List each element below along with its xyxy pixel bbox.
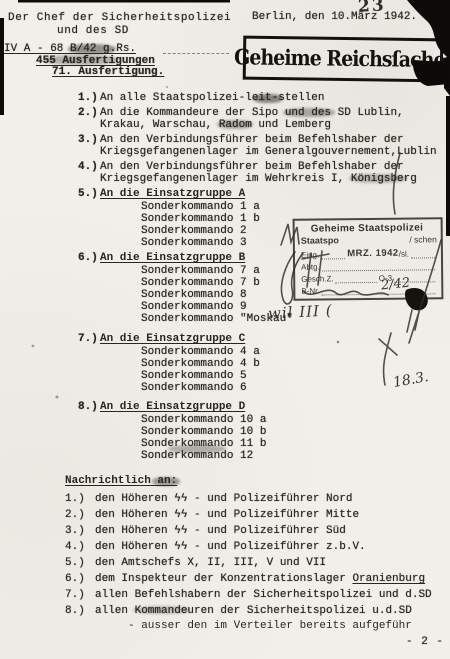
item-body: den Höheren ϟϟ - und Polizeiführer z.b.V… <box>95 539 366 555</box>
item-line: allen Befehlshabern der Sicherheitspoliz… <box>95 587 432 603</box>
stamp-abtg-row: Abtg. <box>301 261 437 271</box>
item-number: 4.) <box>65 539 95 555</box>
item-body: den Höheren ϟϟ - und Polizeiführer Mitte <box>95 507 359 523</box>
classification-stamp: Geheime Reichsſache! <box>243 36 444 83</box>
distribution-item: 3.)An den Verbindungsführer beim Befehls… <box>78 134 444 158</box>
item-line: den Höheren ϟϟ - und Polizeiführer z.b.V… <box>95 539 366 555</box>
item-heading: An die Einsatzgruppe B <box>100 252 293 264</box>
speck <box>32 345 35 348</box>
item-number: 5.) <box>78 188 100 249</box>
item-line: dem Inspekteur der Konzentrationslager O… <box>95 571 425 587</box>
distribution-item: 8.)An die Einsatzgruppe DSonderkommando … <box>78 401 444 462</box>
item-number: 2.) <box>65 507 95 523</box>
ink-smudge <box>152 477 180 486</box>
scan-edge-right <box>446 96 450 236</box>
sub-item: Sonderkommando 7 a <box>141 265 293 277</box>
item-number: 4.) <box>78 161 100 185</box>
stamp-gesch-label: Gesch.Z. <box>301 274 334 283</box>
ink-smudge <box>168 445 226 453</box>
item-body: den Amtschefs X, II, III, V und VII <box>95 555 326 571</box>
info-copies-section: Nachrichtlich an: 1.)den Höheren ϟϟ - un… <box>65 474 447 633</box>
sub-item: Sonderkommando 2 <box>141 225 260 237</box>
ink-smudge <box>44 55 118 65</box>
item-number: 8.) <box>65 603 95 633</box>
stamp-office-line: Staatspo / schen <box>301 234 437 245</box>
stamp-eing-date: MRZ. 1942 <box>347 248 399 260</box>
sub-item: Sonderkommando 1 a <box>141 201 260 213</box>
item-line: An den Verbindungsführer beim Befehlshab… <box>100 161 417 173</box>
item-body: An den Verbindungsführer beim Befehlshab… <box>100 134 437 158</box>
info-item: 2.)den Höheren ϟϟ - und Polizeiführer Mi… <box>65 507 447 523</box>
distribution-item: 7.)An die Einsatzgruppe CSonderkommando … <box>78 333 444 394</box>
info-item: 5.)den Amtschefs X, II, III, V und VII <box>65 555 447 571</box>
dotted-leader <box>322 262 435 271</box>
item-body: An die Kommandeure der Sipo und des SD L… <box>100 107 404 131</box>
scan-edge-left <box>0 18 4 115</box>
stamp-bnr-label: B-Nr. <box>301 287 319 296</box>
ink-smudge <box>253 94 283 103</box>
item-body: An die Einsatzgruppe DSonderkommando 10 … <box>100 401 266 462</box>
sub-item: Sonderkommando 7 b <box>141 277 293 289</box>
info-item: 6.)dem Inspekteur der Konzentrationslage… <box>65 571 447 587</box>
sub-item: Sonderkommando 4 a <box>141 346 260 358</box>
item-number: 8.) <box>78 401 100 462</box>
dotted-leader <box>411 250 435 258</box>
item-body: An die Einsatzgruppe BSonderkommando 7 a… <box>100 252 293 325</box>
item-number: 3.) <box>65 523 95 539</box>
sub-item: Sonderkommando 4 b <box>141 358 260 370</box>
ink-smudge <box>68 44 116 54</box>
sub-list: Sonderkommando 4 aSonderkommando 4 bSond… <box>141 346 260 394</box>
item-body: dem Inspekteur der Konzentrationslager O… <box>95 571 425 587</box>
document-page: Der Chef der Sicherheitspolizei und des … <box>0 0 450 659</box>
copy-number: 71. Ausfertigung. <box>52 66 164 78</box>
sub-list: Sonderkommando 10 aSonderkommando 10 bSo… <box>141 414 266 462</box>
underlined-word: Oranienburg <box>352 573 425 585</box>
sender-line-2: und des SD <box>57 25 129 37</box>
item-line: den Höheren ϟϟ - und Polizeiführer Mitte <box>95 507 359 523</box>
sub-item: Sonderkommando 3 <box>141 237 260 249</box>
item-number: 2.) <box>78 107 100 131</box>
dotted-leader <box>321 251 345 259</box>
sender-line-1: Der Chef der Sicherheitspolizei <box>8 12 231 24</box>
distribution-item: 2.)An die Kommandeure der Sipo und des S… <box>78 107 444 131</box>
item-body: An alle Staatspolizei-leit-stellen <box>100 92 324 104</box>
item-number: 7.) <box>78 333 100 394</box>
info-item: 8.)allen Kommandeuren der Sicherheitspol… <box>65 603 447 633</box>
item-line: Kriegsgefangenenlager im Generalgouverne… <box>100 146 437 158</box>
stamp-gesch-row: Gesch.Z. O-3 <box>301 273 437 283</box>
stamp-title: Geheime Staatspolizei <box>311 222 437 234</box>
stamp-bnr-row: B-Nr. <box>301 285 437 295</box>
item-line: An alle Staatspolizei-leit-stellen <box>100 92 324 104</box>
item-heading: An die Einsatzgruppe A <box>100 188 260 200</box>
item-line: den Höheren ϟϟ - und Polizeiführer Süd <box>95 523 346 539</box>
receipt-stamp: Geheime Staatspolizei Staatspo / schen E… <box>293 217 444 301</box>
item-body: An die Einsatzgruppe ASonderkommando 1 a… <box>100 188 260 249</box>
info-item: 7.)allen Befehlshabern der Sicherheitspo… <box>65 587 447 603</box>
ink-smudge <box>217 120 253 129</box>
stamp-abtg-label: Abtg. <box>301 263 320 272</box>
item-number: 5.) <box>65 555 95 571</box>
item-line: An die Kommandeure der Sipo und des SD L… <box>100 107 404 119</box>
stamp-eing-right: /sl. <box>399 250 409 259</box>
info-heading: Nachrichtlich an: <box>65 474 447 488</box>
sub-item: Sonderkommando 10 b <box>141 426 266 438</box>
stamp-office-right: / schen <box>409 234 437 244</box>
item-heading: An die Einsatzgruppe D <box>100 401 266 413</box>
info-item: 4.)den Höheren ϟϟ - und Polizeiführer z.… <box>65 539 447 555</box>
item-body: den Höheren ϟϟ - und Polizeiführer Nord <box>95 491 352 507</box>
speck <box>166 86 168 88</box>
sub-item: Sonderkommando 8 <box>141 289 293 301</box>
speck <box>56 396 59 399</box>
sub-item: Sonderkommando 6 <box>141 382 260 394</box>
item-number: 1.) <box>78 92 100 104</box>
info-item: 1.)den Höheren ϟϟ - und Polizeiführer No… <box>65 491 447 507</box>
item-continuation: - ausser den im Verteiler bereits aufgef… <box>128 619 412 633</box>
item-number: 6.) <box>78 252 100 325</box>
stamp-eing-row: Eing. MRZ. 1942 /sl. <box>301 247 437 259</box>
sub-item: Sonderkommando 10 a <box>141 414 266 426</box>
item-body: An die Einsatzgruppe CSonderkommando 4 a… <box>100 333 260 394</box>
ink-smudge <box>133 606 191 614</box>
dotted-leader <box>336 275 377 283</box>
info-items: 1.)den Höheren ϟϟ - und Polizeiführer No… <box>65 491 447 633</box>
item-number: 1.) <box>65 491 95 507</box>
scan-edge-top <box>18 0 230 3</box>
date-line: Berlin, den 10.März 1942. <box>252 11 417 23</box>
ink-smudge <box>283 108 335 117</box>
handwritten-margin-note: wil III ( <box>268 301 333 322</box>
item-line: den Höheren ϟϟ - und Polizeiführer Nord <box>95 491 352 507</box>
item-body: allen Befehlshabern der Sicherheitspoliz… <box>95 587 432 603</box>
info-item: 3.)den Höheren ϟϟ - und Polizeiführer Sü… <box>65 523 447 539</box>
dash-rule <box>163 53 229 54</box>
item-body: den Höheren ϟϟ - und Polizeiführer Süd <box>95 523 346 539</box>
stamp-office-left: Staatspo <box>301 235 339 245</box>
classification-label: Geheime Reichsſache! <box>234 45 450 73</box>
item-number: 3.) <box>78 134 100 158</box>
item-line: den Amtschefs X, II, III, V und VII <box>95 555 326 571</box>
item-number: 7.) <box>65 587 95 603</box>
sub-list: Sonderkommando 1 aSonderkommando 1 bSond… <box>141 201 260 249</box>
sub-item: Sonderkommando 1 b <box>141 213 260 225</box>
page-number: - 2 - <box>406 636 444 648</box>
ink-smudge <box>349 174 407 183</box>
handwritten-page-note: 23 <box>357 0 386 17</box>
sub-item: Sonderkommando 5 <box>141 370 260 382</box>
handwritten-file-note: 2/42 <box>380 276 411 294</box>
stamp-eing-label: Eing. <box>301 251 319 260</box>
item-line: An den Verbindungsführer beim Befehlshab… <box>100 134 437 146</box>
dotted-leader <box>322 286 436 295</box>
item-heading: An die Einsatzgruppe C <box>100 333 260 345</box>
item-number: 6.) <box>65 571 95 587</box>
